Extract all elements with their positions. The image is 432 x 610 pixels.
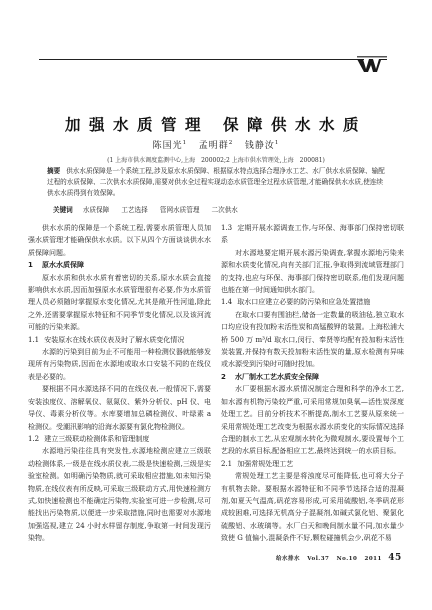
keyword: 二次供水 — [212, 206, 238, 214]
article-title: 加强水质管理 保障供水水质 — [0, 113, 432, 135]
abstract: 摘要供水水质保障是一个系统工程,涉及原水水质保障、根据原水特点选择合理净水工艺、… — [47, 166, 387, 199]
subsection-heading-2-1: 2.1 加强常规处理工艺 — [221, 458, 404, 470]
volume: Vol.37 — [307, 556, 329, 562]
paragraph: 原水水质和供水水质有着密切的关系,原水水质会直接影响供水水质,因而加强原水水质管… — [28, 272, 211, 334]
subsection-heading-1-4: 1.4 取水口应建立必要的防污染和应急处置措施 — [221, 296, 404, 308]
author-name: 陈国光 — [153, 141, 183, 151]
paragraph: 常规处理工艺主要是将浊度尽可能降低,也可将大分子有机物去除。要根据水源特征和不同… — [221, 470, 404, 544]
header-rule — [39, 59, 364, 60]
subsection-heading-1-2: 1.2 建立三级联动检测体系和管理制度 — [28, 433, 211, 445]
keywords: 关键词 水质保障 工艺选择 管网水质管理 二次供水 — [47, 204, 387, 214]
paragraph: 在取水口要有围油栏,储备一定数量的吸油毡,独立取水口均应设有投加粉末活性炭和高锰… — [221, 309, 404, 371]
subsection-heading-1-1: 1.1 安装原水在线水质仪表及时了解水质变化情况 — [28, 334, 211, 346]
right-column: 1.3 定期开展水源调查工作,与环保、海事部门保持密切联系 对水源地要定期开展水… — [221, 222, 404, 545]
keyword: 水质保障 — [83, 206, 109, 214]
affiliation: (1 上海市供水调度监测中心,上海 200002;2 上海市供水管理处,上海 2… — [0, 155, 432, 164]
section-heading-1: 1原水水质保障 — [28, 259, 211, 271]
paragraph: 水源地污染往往具有突发性,水源地检测应建立三级联动检测体系,一级是在线水质仪表,… — [28, 445, 211, 544]
issue: No.10 — [337, 556, 358, 562]
author-name: 孟明群 — [199, 141, 229, 151]
abstract-label: 摘要 — [47, 167, 60, 175]
author-name: 钱静汝 — [245, 141, 275, 151]
paragraph: 水源的污染到目前为止不可能用一种检测仪器就能够发现所有污染物质,因而在水源地或取… — [28, 346, 211, 383]
keywords-label: 关键词 — [53, 206, 73, 214]
year: 2011 — [365, 556, 382, 562]
abstract-text: 供水水质保障是一个系统工程,涉及原水水质保障、根据原水特点选择合理净水工艺、水厂… — [47, 167, 385, 197]
keyword: 管网水质管理 — [160, 206, 200, 214]
intro-paragraph: 供水水质的保障是一个系统工程,需要水质管理人员加强水质管理才能确保供水水质。以下… — [28, 222, 211, 259]
paragraph: 对水源地要定期开展水源污染调查,掌握水源地污染来源和水质变化情况,向有关部门汇报… — [221, 247, 404, 297]
paragraph: 水厂要根据水源水质情况制定合理和科学的净水工艺,如水源有机物污染较严重,可采用常… — [221, 383, 404, 457]
subsection-heading-1-3: 1.3 定期开展水源调查工作,与环保、海事部门保持密切联系 — [221, 222, 404, 247]
journal-name: 给水排水 — [276, 556, 300, 562]
page-footer: 给水排水 Vol.37 No.10 2011 45 — [276, 553, 402, 563]
page-number: 45 — [388, 553, 402, 563]
journal-w-logo-icon — [357, 56, 387, 72]
section-heading-2: 2水厂制水工艺水质安全保障 — [221, 371, 404, 383]
keyword: 工艺选择 — [121, 206, 147, 214]
left-column: 供水水质的保障是一个系统工程,需要水质管理人员加强水质管理才能确保供水水质。以下… — [28, 222, 211, 545]
paragraph: 要根据不同水源选择不同的在线仪表,一般情况下,需要安装浊度仪、溶解氧仪、氨氮仪、… — [28, 383, 211, 433]
author-list: 陈国光1 孟明群2 钱静汝1 — [0, 138, 432, 151]
